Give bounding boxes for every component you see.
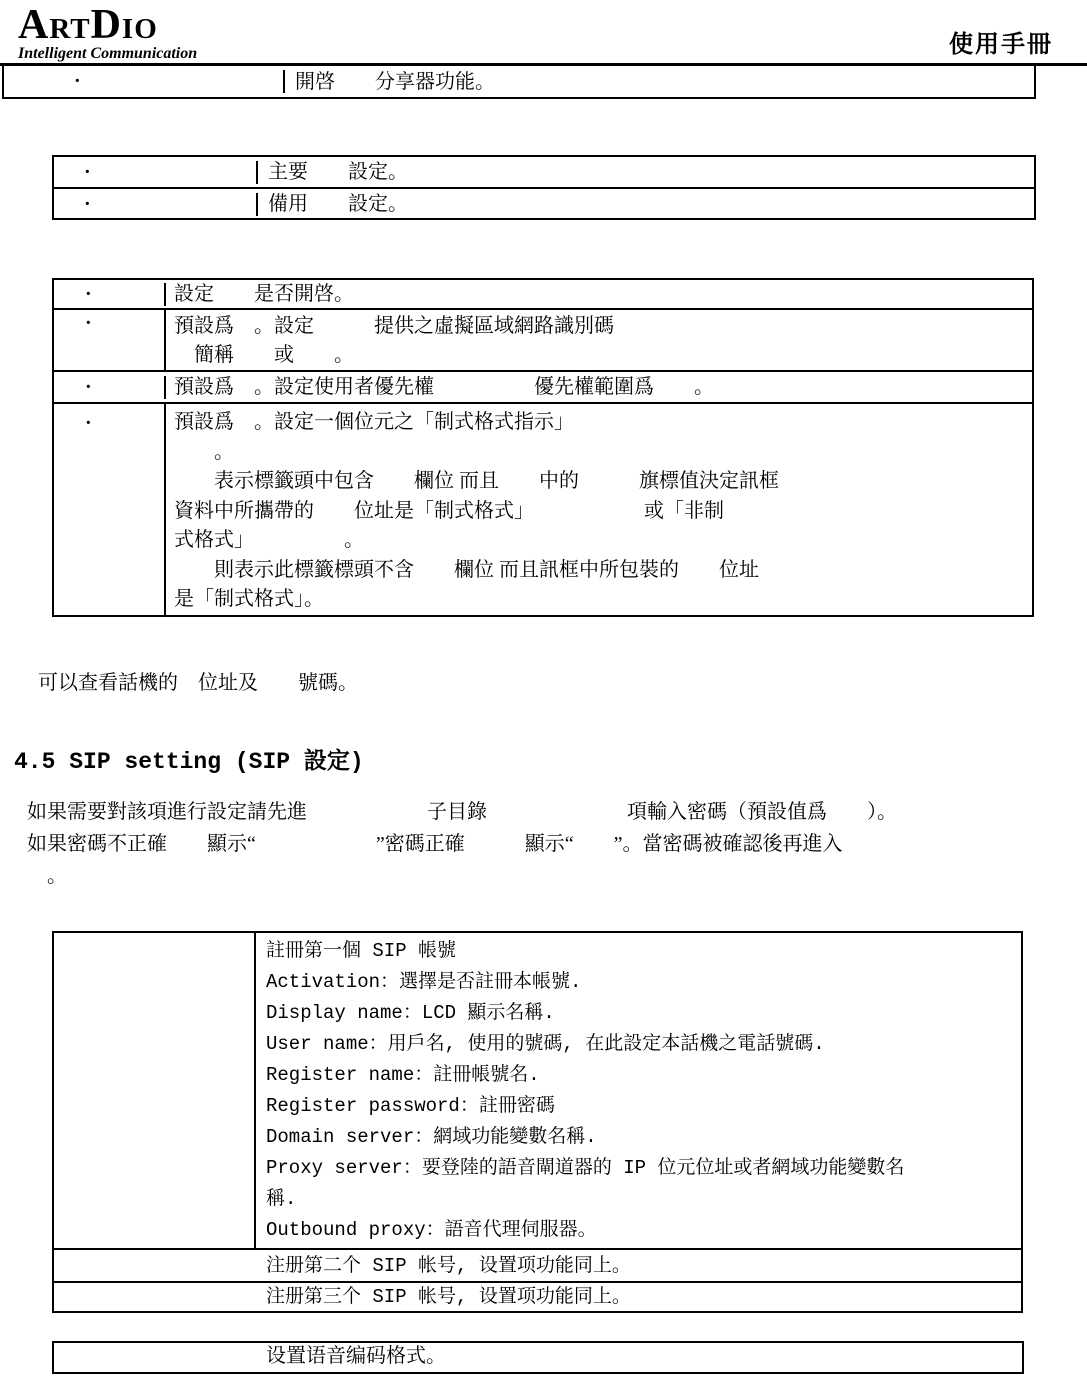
table-row: 注册第二个 SIP 帐号, 设置项功能同上。	[54, 1248, 1021, 1281]
table-cell-text: 註冊第一個 SIP 帳號 Activation：選擇是否註冊本帳號. Displ…	[256, 933, 1021, 1248]
table-cell-label	[54, 933, 256, 1248]
table-cell-bullet: ·	[54, 193, 258, 216]
cell-text: 注册第三个 SIP 帐号, 设置项功能同上。	[266, 1286, 631, 1308]
table-row: 设置语音编码格式。	[54, 1343, 1022, 1373]
bullet-icon: ·	[74, 70, 81, 92]
table-row: · 開啓 分享器功能。	[4, 66, 1034, 97]
table-vlan: · 設定 是否開啓。 · 預設爲 。設定 提供之虛擬區域網路識別碼 簡稱 或 。…	[52, 278, 1034, 617]
table-cell-bullet: ·	[54, 404, 166, 615]
table-row: · 備用 設定。	[54, 187, 1034, 219]
table-cell-text: 開啓 分享器功能。	[285, 67, 1034, 97]
table-cell-bullet: ·	[54, 310, 166, 370]
table-cell-text: 主要 設定。	[258, 157, 1034, 187]
table-cell-text: 預設爲 。設定 提供之虛擬區域網路識別碼 簡稱 或 。	[166, 310, 1032, 370]
table-dns: · 主要 設定。 · 備用 設定。	[52, 155, 1036, 220]
cell-text: 備用 設定。	[268, 193, 408, 215]
bullet-icon: ·	[84, 193, 91, 215]
table-cell-text: 預設爲 。設定使用者優先權 優先權範圍爲 。	[166, 372, 1032, 402]
cell-text: 預設爲 。設定 提供之虛擬區域網路識別碼 簡稱 或 。	[174, 310, 1024, 370]
cell-text: 設定 是否開啓。	[174, 283, 354, 305]
table-row: 註冊第一個 SIP 帳號 Activation：選擇是否註冊本帳號. Displ…	[54, 933, 1021, 1248]
table-row: 注册第三个 SIP 帐号, 设置项功能同上。	[54, 1281, 1021, 1311]
cell-text: 預設爲 。設定使用者優先權 優先權範圍爲 。	[174, 376, 714, 398]
table-top: · 開啓 分享器功能。	[2, 66, 1036, 99]
cell-text: 預設爲 。設定一個位元之「制式格式指示」 。 表示標籤頭中包含 欄位 而且 中的…	[174, 404, 1024, 615]
cell-text: 注册第二个 SIP 帐号, 设置项功能同上。	[266, 1255, 631, 1277]
table-codec: 设置语音编码格式。	[52, 1341, 1024, 1374]
table-row: · 預設爲 。設定使用者優先權 優先權範圍爲 。	[54, 370, 1032, 402]
bullet-icon: ·	[85, 376, 92, 398]
table-row: · 主要 設定。	[54, 157, 1034, 187]
artdio-logo: ArtDio Intelligent Communication	[18, 2, 197, 62]
logo-tagline: Intelligent Communication	[18, 46, 197, 62]
cell-text: 註冊第一個 SIP 帳號 Activation：選擇是否註冊本帳號. Displ…	[266, 933, 1013, 1246]
table-cell-text: 設定 是否開啓。	[166, 279, 1032, 309]
table-cell-text: 預設爲 。設定一個位元之「制式格式指示」 。 表示標籤頭中包含 欄位 而且 中的…	[166, 404, 1032, 615]
bullet-icon: ·	[85, 283, 92, 305]
table-cell-bullet: ·	[48, 70, 285, 93]
table-cell-bullet: ·	[54, 283, 166, 306]
bullet-icon: ·	[85, 310, 164, 335]
table-cell-text: 设置语音编码格式。	[256, 1343, 1022, 1373]
table-cell-bullet: ·	[54, 161, 258, 184]
bullet-icon: ·	[85, 404, 164, 435]
logo-wordmark: ArtDio	[18, 2, 197, 48]
cell-text: 主要 設定。	[268, 161, 408, 183]
intro-paragraph: 如果需要對該項進行設定請先進 子目錄 項輸入密碼（預設值爲 ）。 如果密碼不正確…	[27, 796, 897, 892]
table-row: · 設定 是否開啓。	[54, 280, 1032, 308]
section-heading: 4.5 SIP setting (SIP 設定)	[14, 742, 364, 775]
bullet-icon: ·	[84, 161, 91, 183]
cell-text: 開啓 分享器功能。	[295, 71, 495, 93]
table-cell-text: 備用 設定。	[258, 189, 1034, 219]
note-paragraph: 可以查看話機的 位址及 號碼。	[38, 668, 358, 698]
table-row: · 預設爲 。設定 提供之虛擬區域網路識別碼 簡稱 或 。	[54, 308, 1032, 370]
doc-title: 使用手冊	[949, 24, 1053, 59]
cell-text: 设置语音编码格式。	[266, 1346, 446, 1369]
table-cell-text: 注册第二个 SIP 帐号, 设置项功能同上。	[256, 1256, 1021, 1276]
table-row: · 預設爲 。設定一個位元之「制式格式指示」 。 表示標籤頭中包含 欄位 而且 …	[54, 402, 1032, 615]
table-cell-bullet: ·	[54, 376, 166, 399]
table-cell-text: 注册第三个 SIP 帐号, 设置项功能同上。	[256, 1287, 1021, 1307]
table-sip-accounts: 註冊第一個 SIP 帳號 Activation：選擇是否註冊本帳號. Displ…	[52, 931, 1023, 1313]
manual-page: ArtDio Intelligent Communication 使用手冊 · …	[0, 0, 1087, 1376]
